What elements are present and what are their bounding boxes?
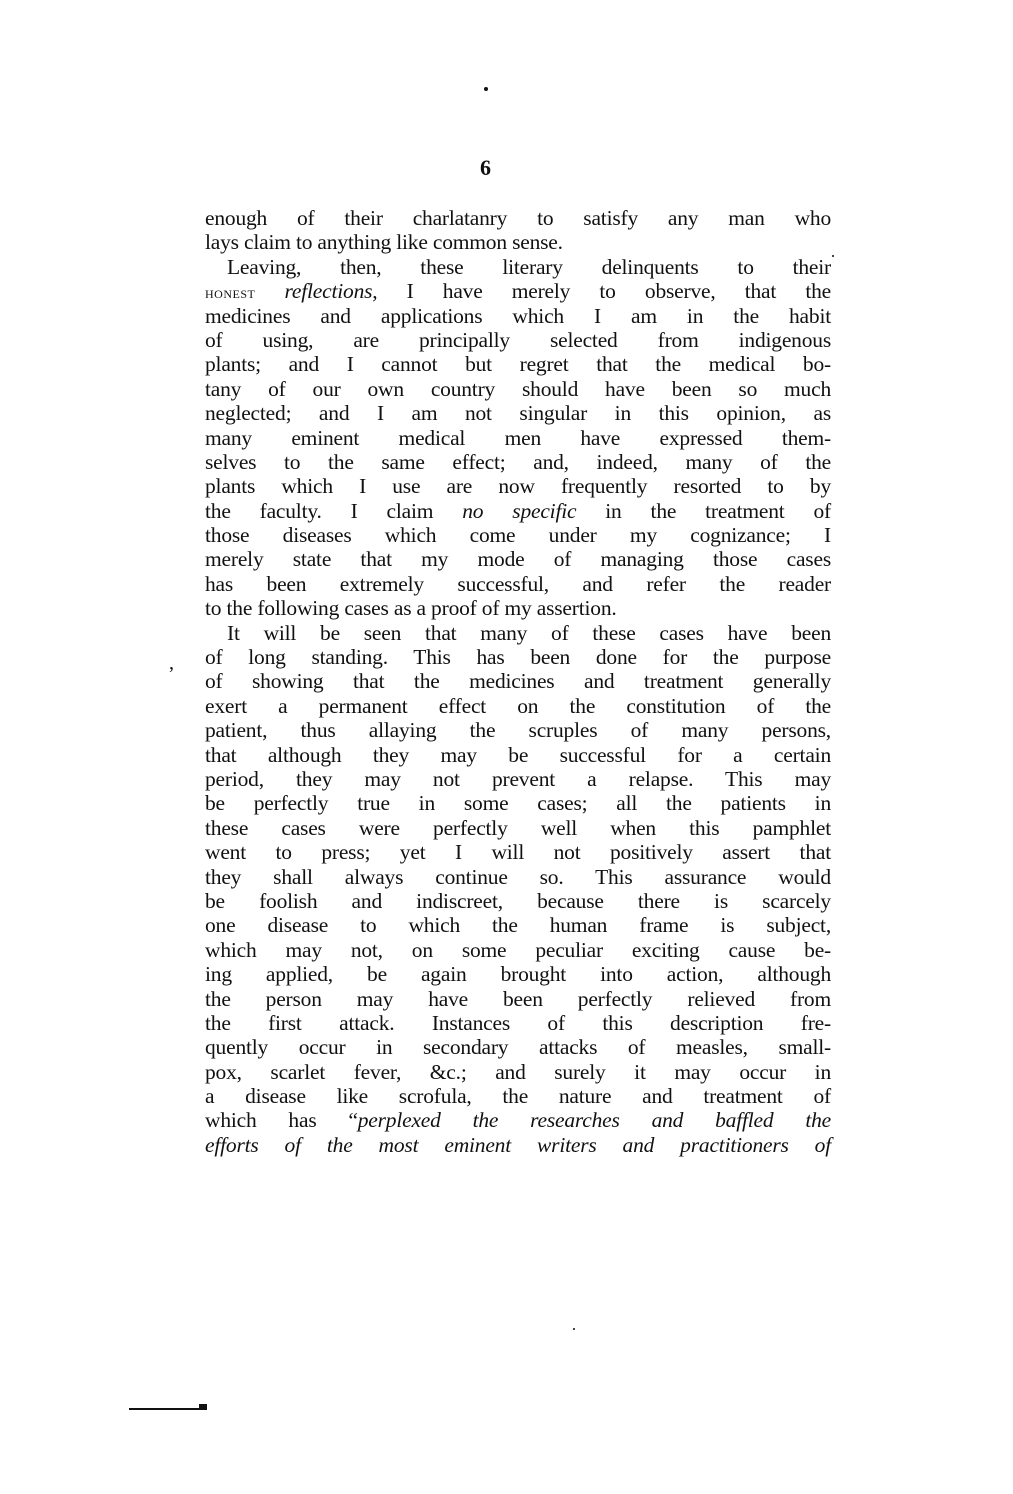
text-line: which may not, on some peculiar exciting…: [205, 938, 831, 962]
text-line: pox, scarlet fever, &c.; and surely it m…: [205, 1060, 831, 1084]
text-line: to the following cases as a proof of my …: [205, 596, 831, 620]
text-line: many eminent medical men have expressed …: [205, 426, 831, 450]
text-line: It will be seen that many of these cases…: [205, 621, 831, 645]
text-line: lays claim to anything like common sense…: [205, 230, 831, 254]
text-line: merely state that my mode of managing th…: [205, 547, 831, 571]
text-line: that although they may be successful for…: [205, 743, 831, 767]
text-line: the first attack. Instances of this desc…: [205, 1011, 831, 1035]
text-line: plants which I use are now frequently re…: [205, 474, 831, 498]
text-line: these cases were perfectly well when thi…: [205, 816, 831, 840]
text-line: enough of their charlatanry to satisfy a…: [205, 206, 831, 230]
text-line: ing applied, be again brought into actio…: [205, 962, 831, 986]
text-line: which has “perplexed the researches and …: [205, 1108, 831, 1132]
text-line: Leaving, then, these literary delinquent…: [205, 255, 831, 279]
text-line: plants; and I cannot but regret that the…: [205, 352, 831, 376]
text-line: efforts of the most eminent writers and …: [205, 1133, 831, 1157]
text-line: neglected; and I am not singular in this…: [205, 401, 831, 425]
text-line: be foolish and indiscreet, because there…: [205, 889, 831, 913]
text-line: medicines and applications which I am in…: [205, 304, 831, 328]
footer-rule-mark: [199, 1404, 207, 1410]
text-line: selves to the same effect; and, indeed, …: [205, 450, 831, 474]
text-line: of using, are principally selected from …: [205, 328, 831, 352]
stray-ink-dot: [573, 1328, 575, 1330]
stray-ink-dot: [484, 87, 488, 91]
text-line: period, they may not prevent a relapse. …: [205, 767, 831, 791]
text-line: quently occur in secondary attacks of me…: [205, 1035, 831, 1059]
text-line: honest reflections, I have merely to obs…: [205, 279, 831, 303]
text-line: a disease like scrofula, the nature and …: [205, 1084, 831, 1108]
page-number: 6: [480, 155, 491, 181]
body-text: enough of their charlatanry to satisfy a…: [205, 206, 831, 1157]
text-line: one disease to which the human frame is …: [205, 913, 831, 937]
text-line: exert a permanent effect on the constitu…: [205, 694, 831, 718]
text-line: of long standing. This has been done for…: [205, 645, 831, 669]
text-line: those diseases which come under my cogni…: [205, 523, 831, 547]
footer-rule: [129, 1408, 199, 1410]
text-line: be perfectly true in some cases; all the…: [205, 791, 831, 815]
text-line: patient, thus allaying the scruples of m…: [205, 718, 831, 742]
margin-mark: ’: [168, 663, 175, 686]
text-line: tany of our own country should have been…: [205, 377, 831, 401]
text-line: went to press; yet I will not positively…: [205, 840, 831, 864]
text-line: has been extremely successful, and refer…: [205, 572, 831, 596]
text-line: the person may have been perfectly relie…: [205, 987, 831, 1011]
stray-ink-dot: [832, 255, 834, 257]
text-line: of showing that the medicines and treatm…: [205, 669, 831, 693]
text-line: they shall always continue so. This assu…: [205, 865, 831, 889]
text-line: the faculty. I claim no specific in the …: [205, 499, 831, 523]
